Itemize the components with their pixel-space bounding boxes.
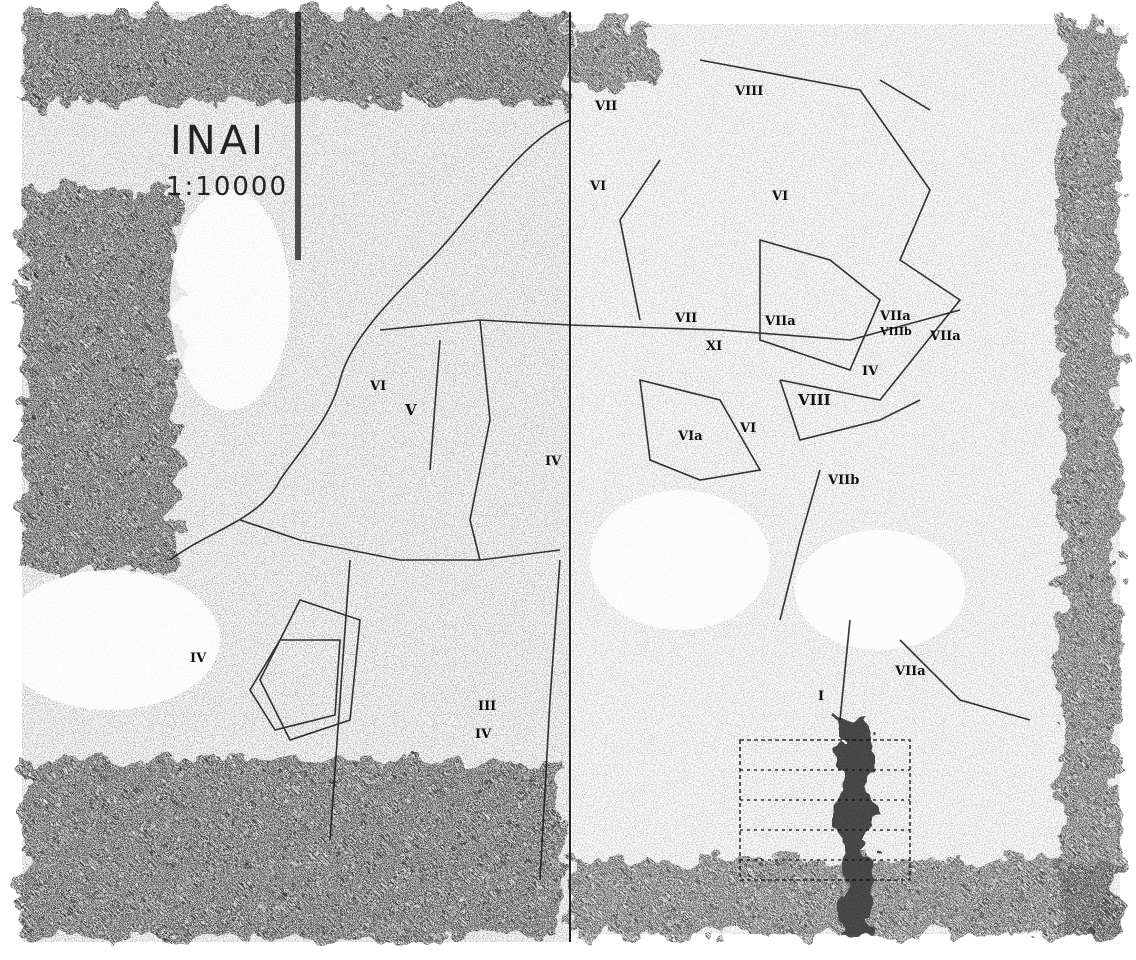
zone-label: VIII [797, 391, 831, 409]
map-scale: 1:10000 [166, 172, 288, 202]
zone-label: IV [475, 727, 492, 742]
zone-label: I [818, 689, 824, 704]
zone-label: VI [369, 379, 386, 394]
zone-label: VII [594, 99, 617, 114]
zone-label: VIIa [894, 664, 926, 679]
map-title: INAI [170, 118, 267, 164]
zone-label: VIIa [764, 314, 796, 329]
zone-label: IV [190, 651, 207, 666]
zone-label: VIIa [929, 329, 961, 344]
zone-label: VIIb [827, 473, 859, 488]
zone-label: VIa [677, 429, 703, 444]
zone-label: VIIIb [879, 325, 912, 338]
zone-label: IV [862, 364, 879, 379]
zone-label: IV [545, 454, 562, 469]
zone-label: XI [706, 339, 722, 354]
zone-label: III [478, 699, 496, 714]
left-sheet [0, 12, 570, 942]
zone-label: VII [674, 311, 697, 326]
zone-label: VI [771, 189, 788, 204]
zone-label: VIII [734, 84, 763, 99]
zone-label: VI [739, 421, 756, 436]
zone-label: VI [589, 179, 606, 194]
zone-label: V [404, 401, 417, 419]
zone-label: VIIa [879, 309, 911, 324]
